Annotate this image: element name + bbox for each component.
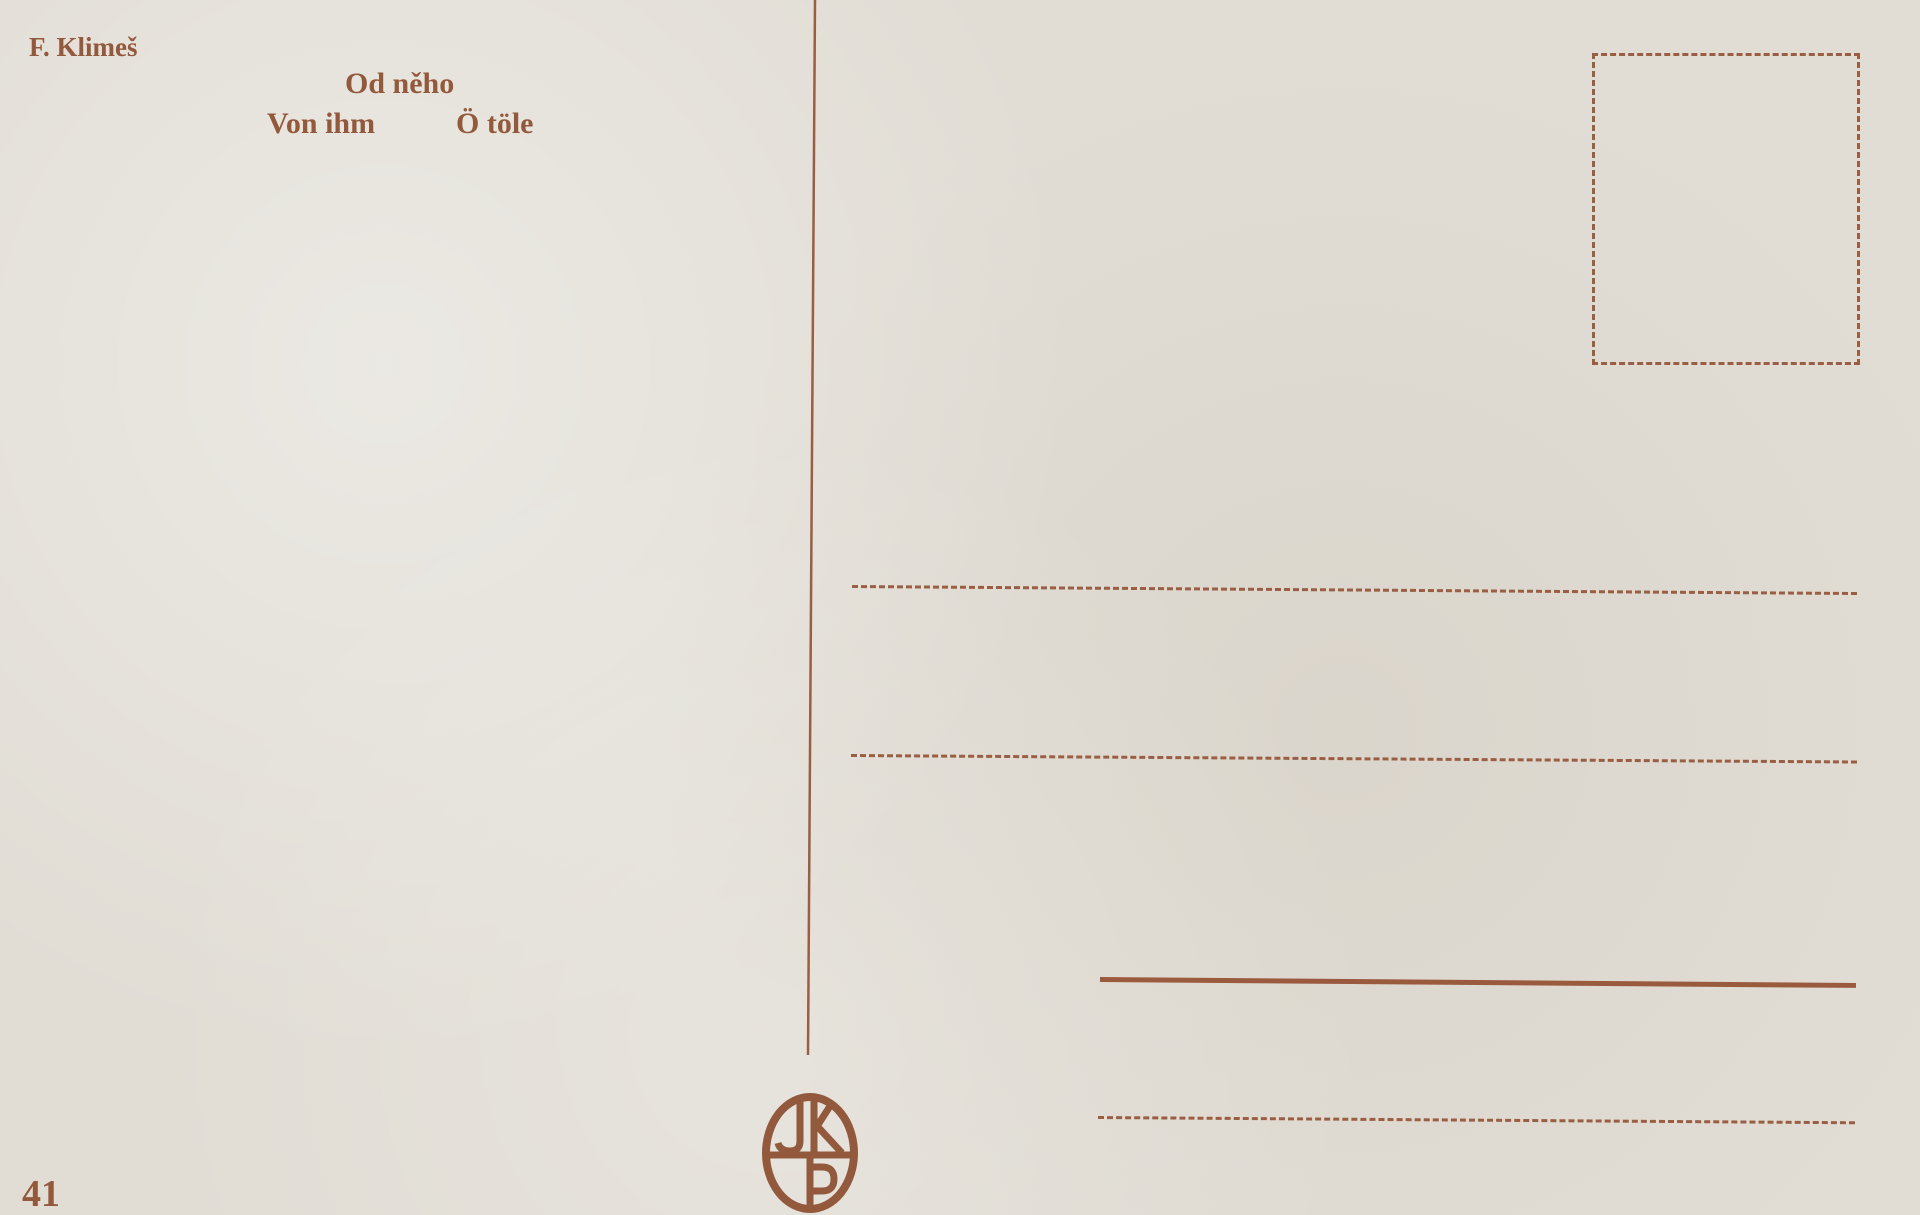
title-czech: Od něho <box>345 67 454 101</box>
address-line-2 <box>851 754 1857 763</box>
title-german: Von ihm <box>267 107 375 141</box>
center-divider <box>800 0 824 1060</box>
address-line-4 <box>1098 1116 1855 1124</box>
title-hungarian: Ö töle <box>456 107 533 141</box>
card-number: 41 <box>22 1172 60 1215</box>
publisher-monogram-icon <box>760 1085 860 1215</box>
address-line-1 <box>852 585 1857 595</box>
address-line-3 <box>1100 977 1856 988</box>
stamp-box <box>1592 53 1860 365</box>
artist-name: F. Klimeš <box>29 32 138 63</box>
